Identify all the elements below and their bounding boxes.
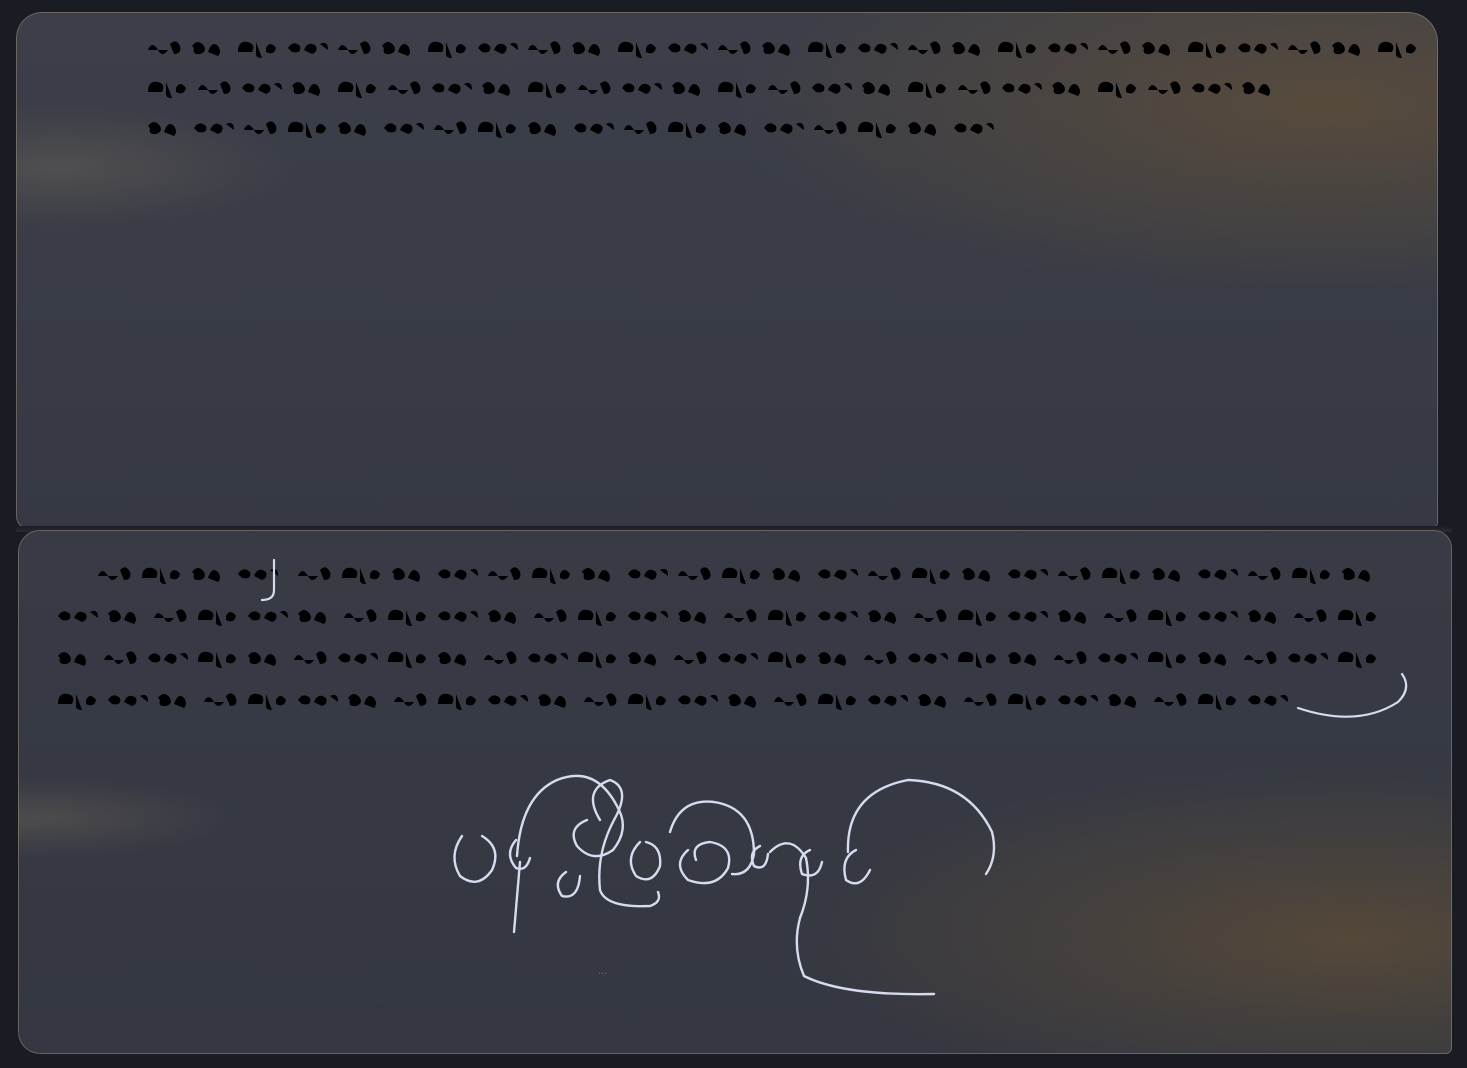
manuscript-lower-panel: Handwritten Burmese script line 1 (full … xyxy=(18,530,1452,1054)
upper-line-1-desc: Handwritten Burmese script line 1 (full … xyxy=(16,12,17,13)
upper-line-3-desc: Handwritten Burmese script line 3 (ends … xyxy=(16,12,17,13)
upper-line-2-desc: Handwritten Burmese script line 2 (full … xyxy=(16,12,17,13)
page-mark: ... xyxy=(598,966,608,977)
manuscript-upper-panel: Handwritten Burmese script line 1 (full … xyxy=(16,12,1438,530)
